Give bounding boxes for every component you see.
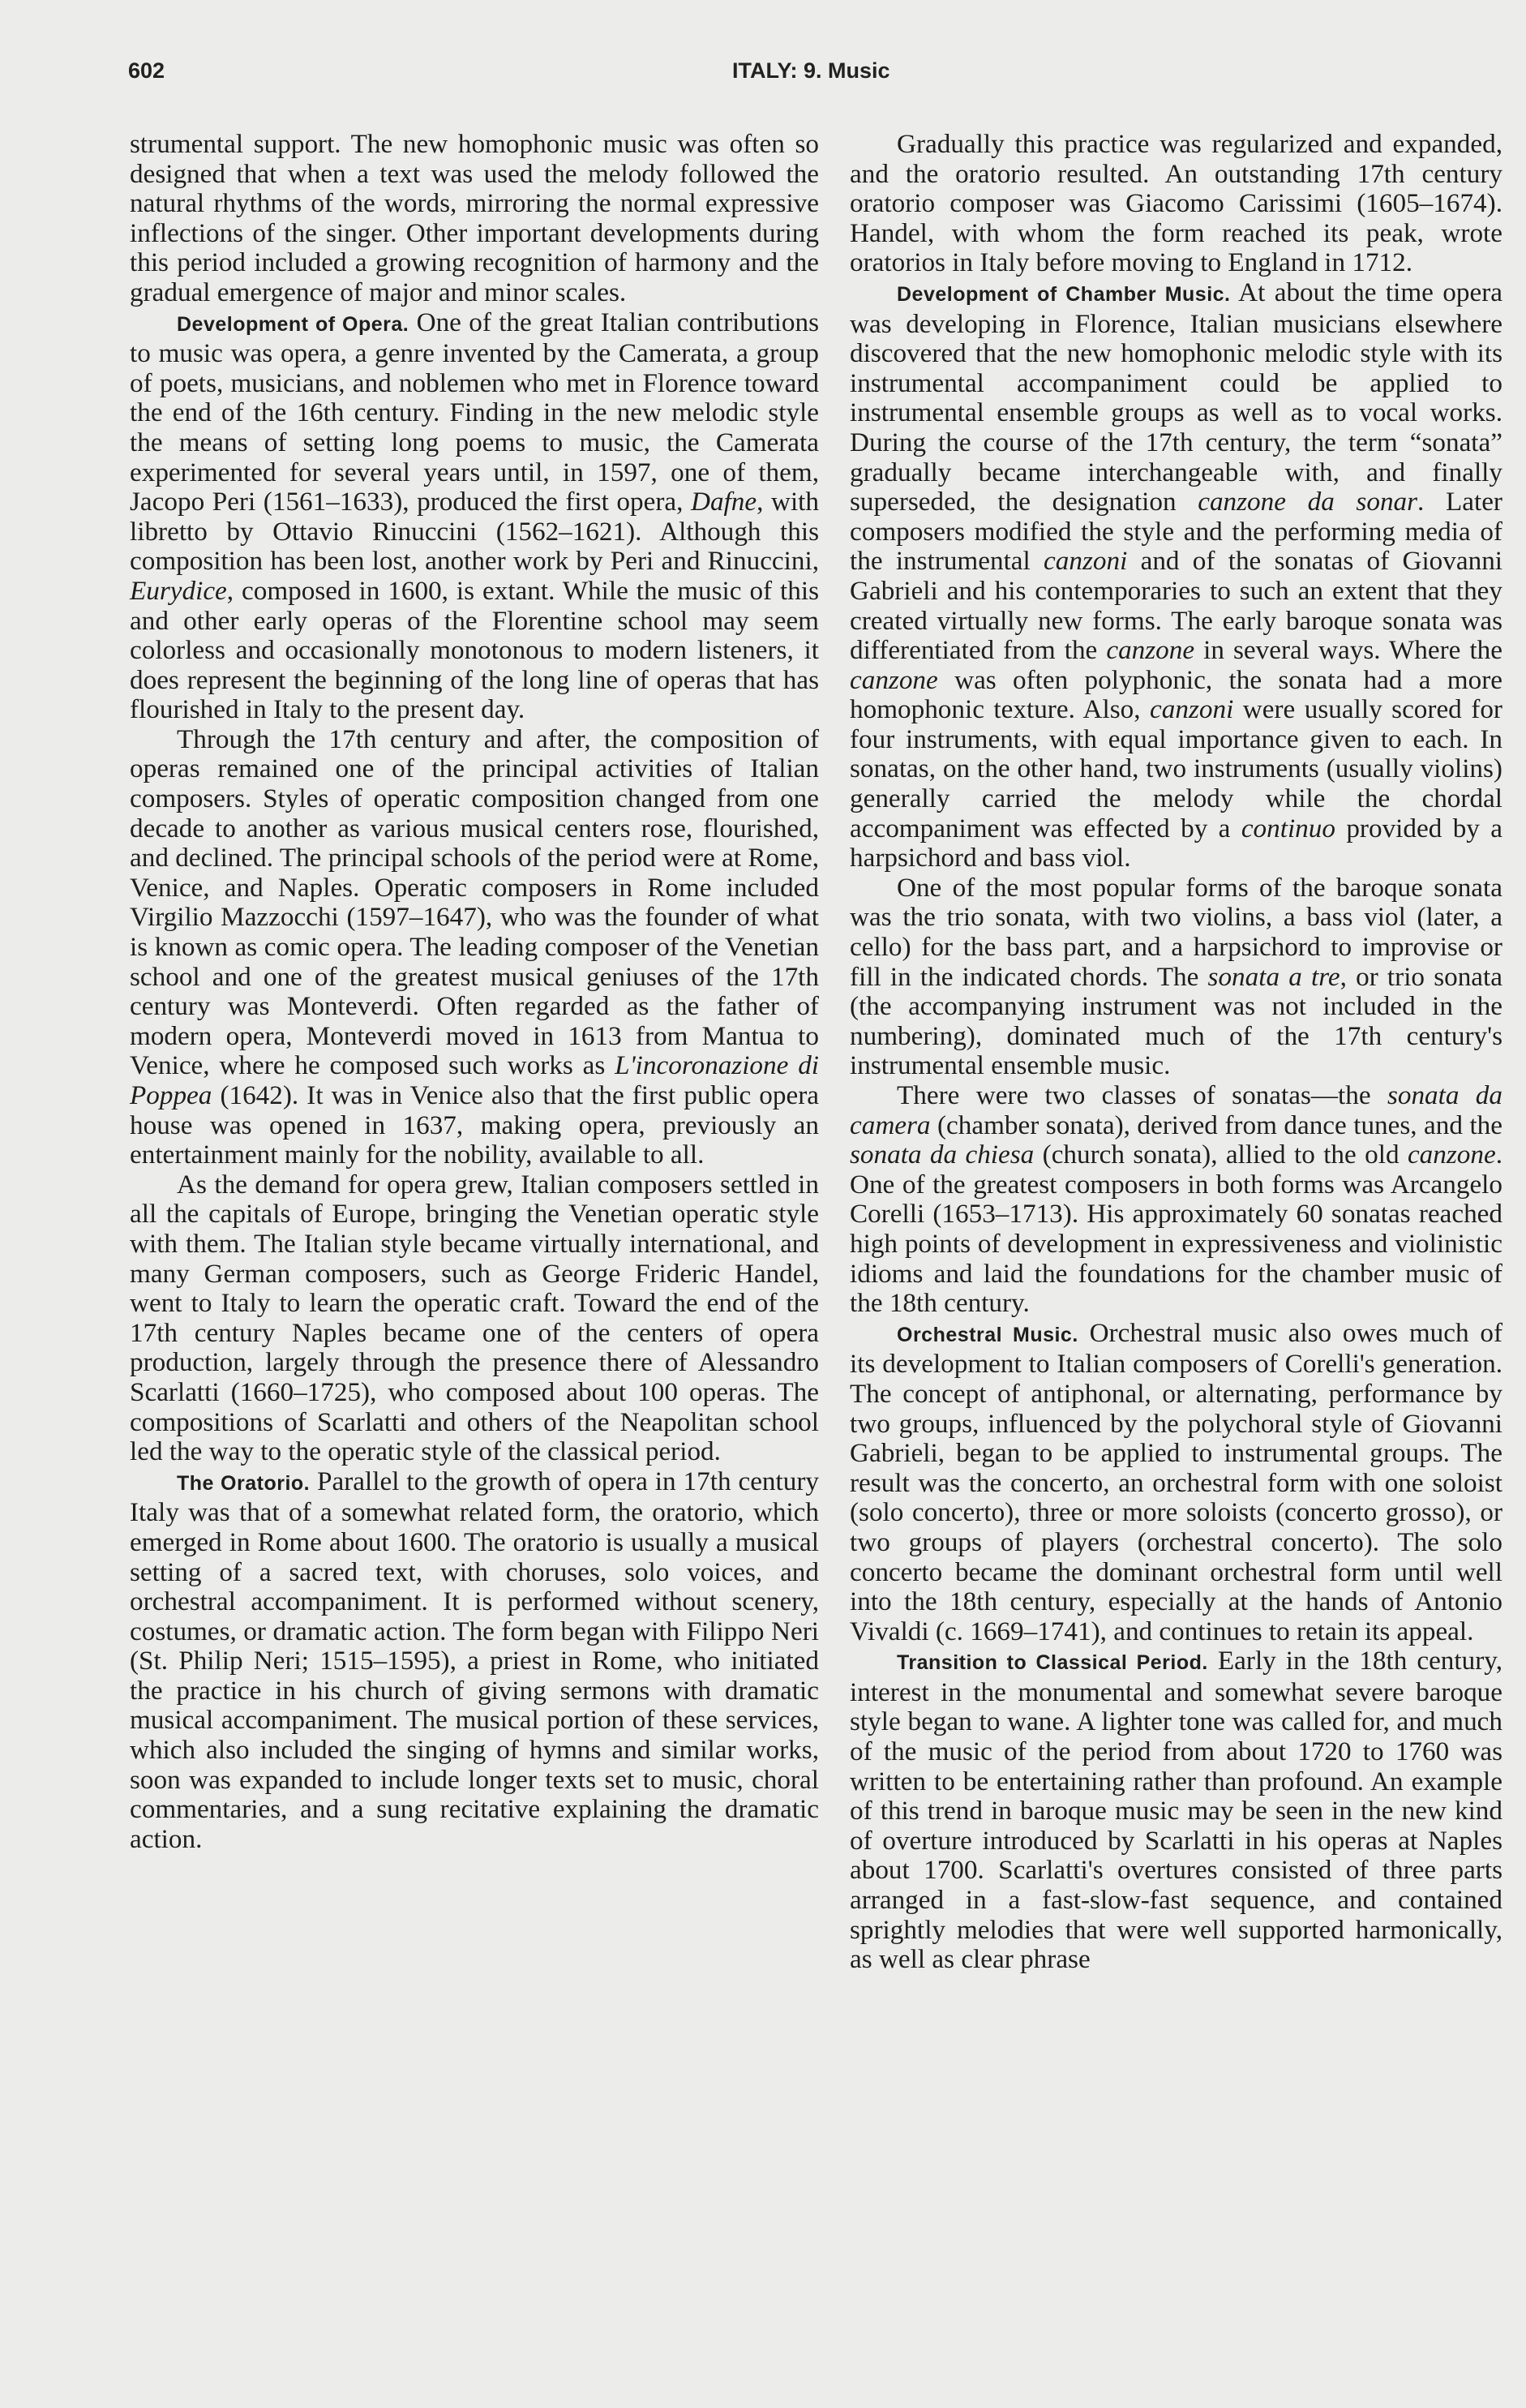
- section-development-of-chamber-music: Development of Chamber Music. At about t…: [850, 278, 1502, 873]
- paragraph: One of the most popular forms of the bar…: [850, 873, 1502, 1081]
- section-transition-to-classical-period: Transition to Classical Period. Early in…: [850, 1646, 1502, 1975]
- section-the-oratorio: The Oratorio. Parallel to the growth of …: [130, 1467, 819, 1855]
- paragraph: As the demand for opera grew, Italian co…: [130, 1170, 819, 1467]
- section-orchestral-music: Orchestral Music. Orchestral music also …: [850, 1319, 1502, 1647]
- page-number: 602: [128, 58, 165, 84]
- section-development-of-opera: Development of Opera. One of the great I…: [130, 308, 819, 725]
- section-heading: Orchestral Music.: [897, 1324, 1078, 1346]
- paragraph-continued: strumental support. The new homophonic m…: [130, 130, 819, 308]
- paragraph: Gradually this practice was regularized …: [850, 130, 1502, 278]
- section-heading: Development of Chamber Music.: [897, 283, 1231, 306]
- page-header: 602 ITALY: 9. Music: [128, 58, 1526, 91]
- section-heading: Transition to Classical Period.: [897, 1651, 1208, 1674]
- right-column: Gradually this practice was regularized …: [850, 130, 1502, 1975]
- section-heading: Development of Opera.: [177, 313, 409, 336]
- section-heading: The Oratorio.: [177, 1472, 310, 1495]
- running-head: ITALY: 9. Music: [732, 58, 890, 84]
- paragraph: Through the 17th century and after, the …: [130, 725, 819, 1170]
- paragraph: There were two classes of sonatas—the so…: [850, 1081, 1502, 1319]
- left-column: strumental support. The new homophonic m…: [130, 130, 819, 1854]
